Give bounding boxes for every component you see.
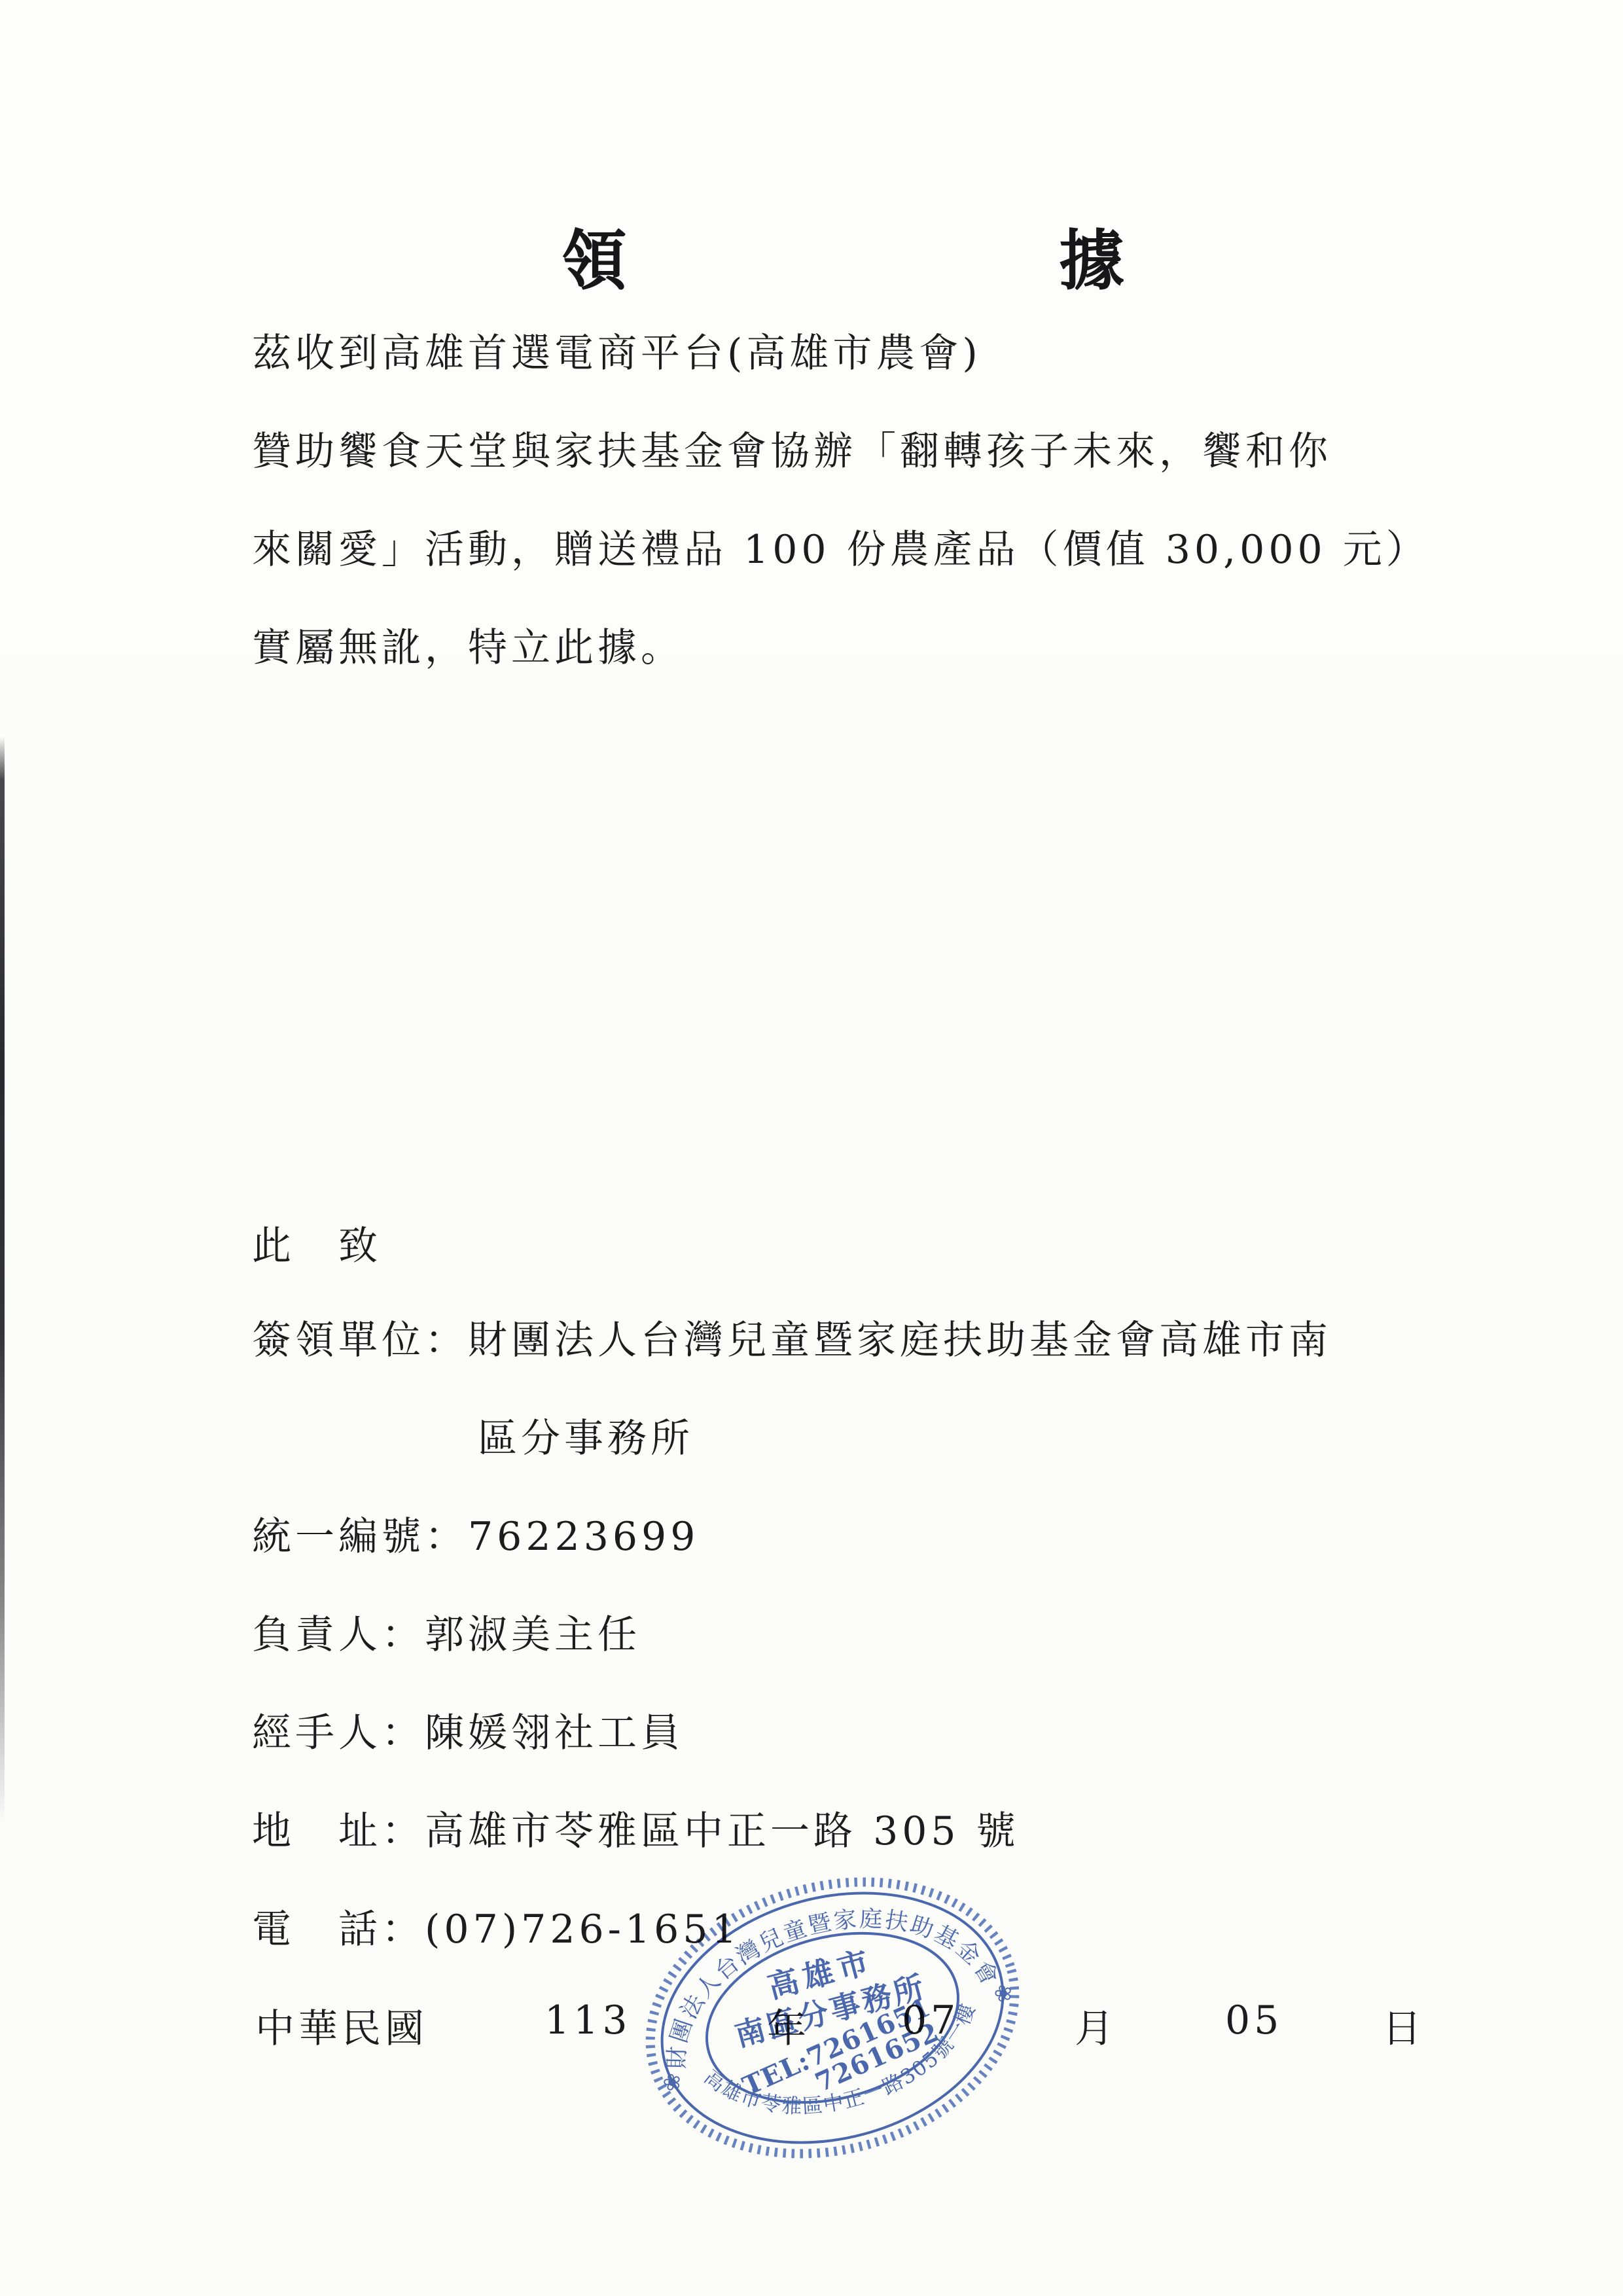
handler-line: 經手人：陳媛翎社工員 — [252, 1702, 684, 1758]
recipient-unit-line-1: 簽領單位：財團法人台灣兒童暨家庭扶助基金會高雄市南 — [252, 1309, 1332, 1365]
recipient-unit-line-2: 區分事務所 — [478, 1407, 694, 1463]
scanner-edge-artifact — [0, 736, 5, 1823]
date-day-value: 05 — [1225, 1998, 1283, 2043]
receipt-page: 領據 茲收到高雄首選電商平台(高雄市農會) 贊助饗食天堂與家扶基金會協辦「翻轉孩… — [0, 0, 1623, 2296]
organization-stamp: 財團法人台灣兒童暨家庭扶助基金會 高雄市苓雅區中正一路305號一樓 ❀ ❀ 高雄… — [607, 1831, 1059, 2205]
closing-phrase: 此 致 — [252, 1215, 382, 1271]
body-line-2: 贊助饗食天堂與家扶基金會協辦「翻轉孩子未來，饗和你 — [252, 420, 1332, 476]
document-title: 領據 — [562, 208, 1556, 302]
date-month-unit: 月 — [1075, 1998, 1118, 2054]
body-line-3: 來關愛」活動，贈送禮品 100 份農產品（價值 30,000 元） — [252, 518, 1429, 575]
address-line: 地 址：高雄市苓雅區中正一路 305 號 — [252, 1800, 1020, 1856]
responsible-person-line: 負責人：郭淑美主任 — [252, 1604, 641, 1660]
plum-blossom-icon-right: ❀ — [991, 1979, 1016, 2009]
tax-id-line: 統一編號：76223699 — [252, 1505, 699, 1562]
body-line-4: 實屬無訛，特立此據。 — [252, 617, 684, 673]
date-day-unit: 日 — [1382, 1998, 1425, 2054]
date-era: 中華民國 — [255, 1998, 428, 2054]
date-year-value: 113 — [544, 1998, 632, 2043]
body-line-1: 茲收到高雄首選電商平台(高雄市農會) — [252, 322, 982, 378]
plum-blossom-icon-left: ❀ — [660, 2068, 685, 2098]
